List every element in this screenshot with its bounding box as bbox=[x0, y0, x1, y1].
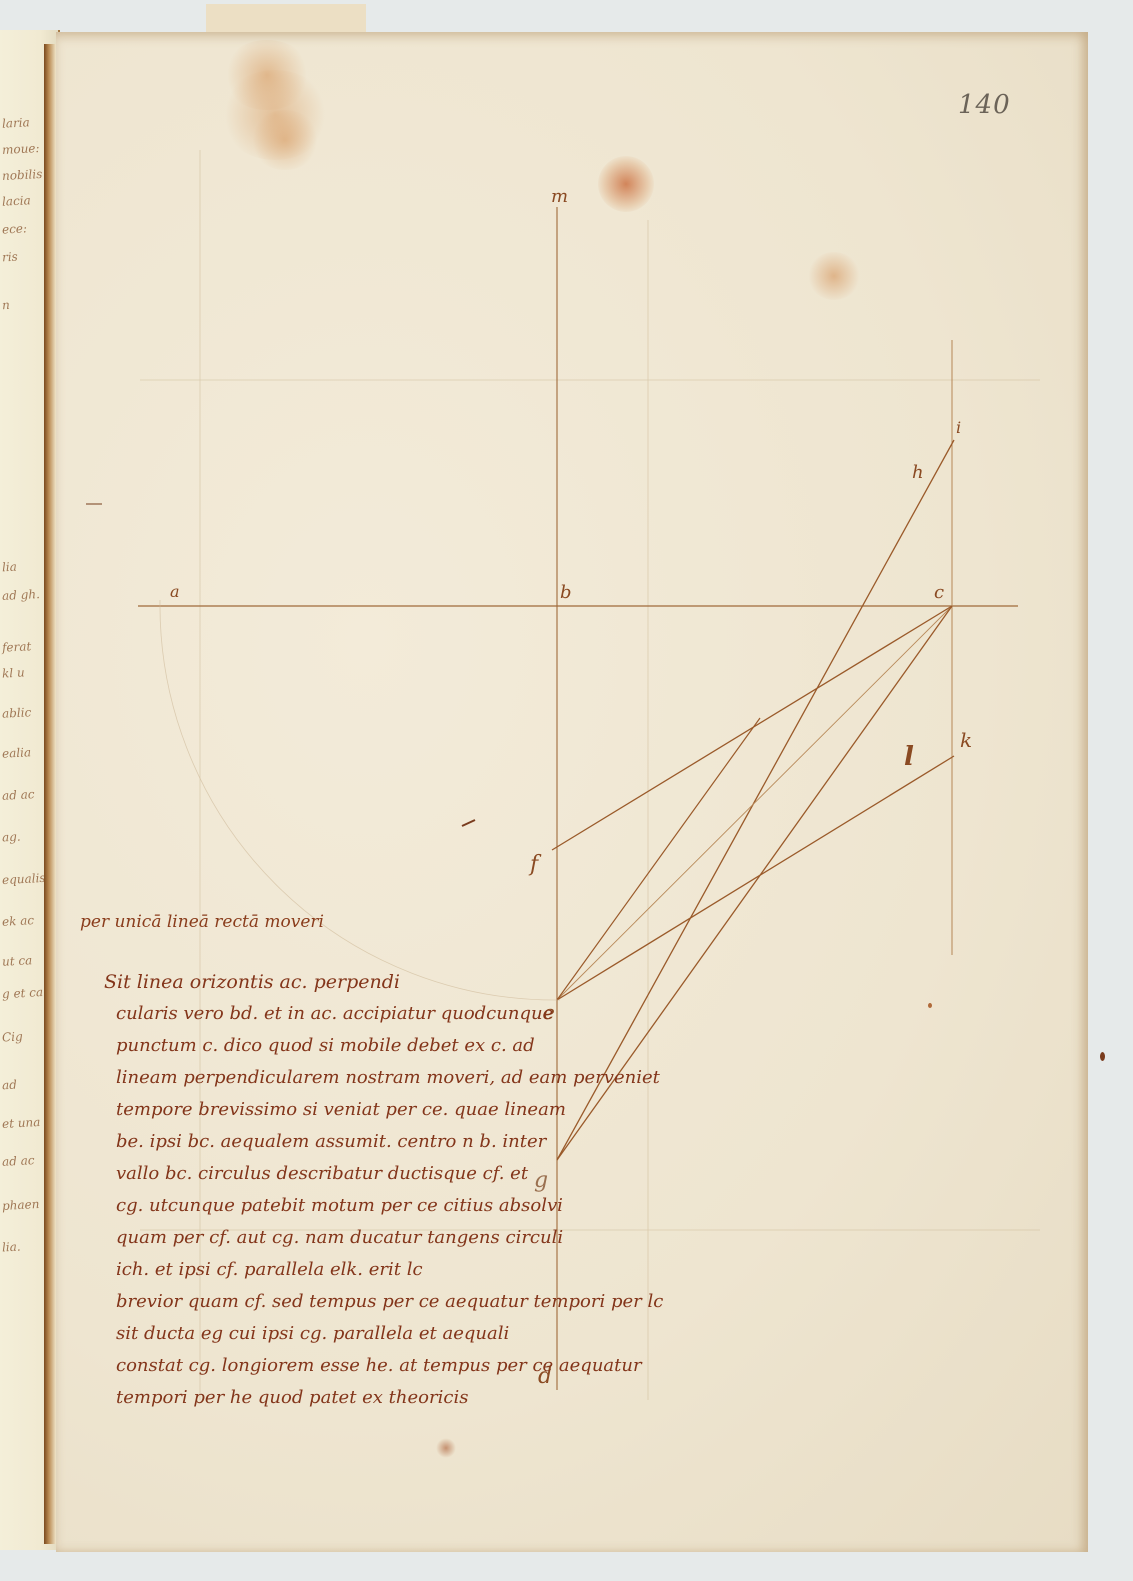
text-line: constat cg. longiorem esse he. at tempus… bbox=[116, 1350, 574, 1382]
text-line: brevior quam cf. sed tempus per ce aequa… bbox=[116, 1286, 574, 1318]
label-k: k bbox=[960, 728, 972, 752]
label-a: a bbox=[170, 582, 180, 601]
ink-speck bbox=[928, 1003, 932, 1008]
text-line: sit ducta eg cui ipsi cg. parallela et a… bbox=[116, 1318, 574, 1350]
text-line: tempori per he quod patet ex theoricis bbox=[116, 1382, 574, 1414]
text-line: tempore brevissimo si veniat per ce. qua… bbox=[116, 1094, 574, 1126]
text-line: Sit linea orizontis ac. perpendi bbox=[104, 966, 574, 998]
text-line: punctum c. dico quod si mobile debet ex … bbox=[116, 1030, 574, 1062]
proposition-text: Sit linea orizontis ac. perpendi cularis… bbox=[104, 966, 574, 1414]
text-line: quam per cf. aut cg. nam ducatur tangens… bbox=[116, 1222, 574, 1254]
label-h: h bbox=[912, 462, 924, 483]
text-line: cg. utcunque patebit motum per ce citius… bbox=[116, 1190, 574, 1222]
label-m: m bbox=[551, 186, 568, 207]
proposition-heading: per unicā lineā rectā moveri bbox=[80, 912, 324, 932]
text-line: be. ipsi bc. aequalem assumit. centro n … bbox=[116, 1126, 574, 1158]
label-l: l bbox=[904, 742, 914, 772]
text-line: vallo bc. circulus describatur ductisque… bbox=[116, 1158, 574, 1190]
text-line: lineam perpendicularem nostram moveri, a… bbox=[116, 1062, 574, 1094]
label-b: b bbox=[560, 582, 572, 603]
text-line: ich. et ipsi cf. parallela elk. erit lc bbox=[116, 1254, 574, 1286]
text-line: cularis vero bd. et in ac. accipiatur qu… bbox=[116, 998, 574, 1030]
label-f: f bbox=[530, 852, 538, 877]
label-c: c bbox=[934, 582, 944, 603]
ink-speck bbox=[1100, 1052, 1105, 1061]
label-i: i bbox=[956, 418, 961, 437]
